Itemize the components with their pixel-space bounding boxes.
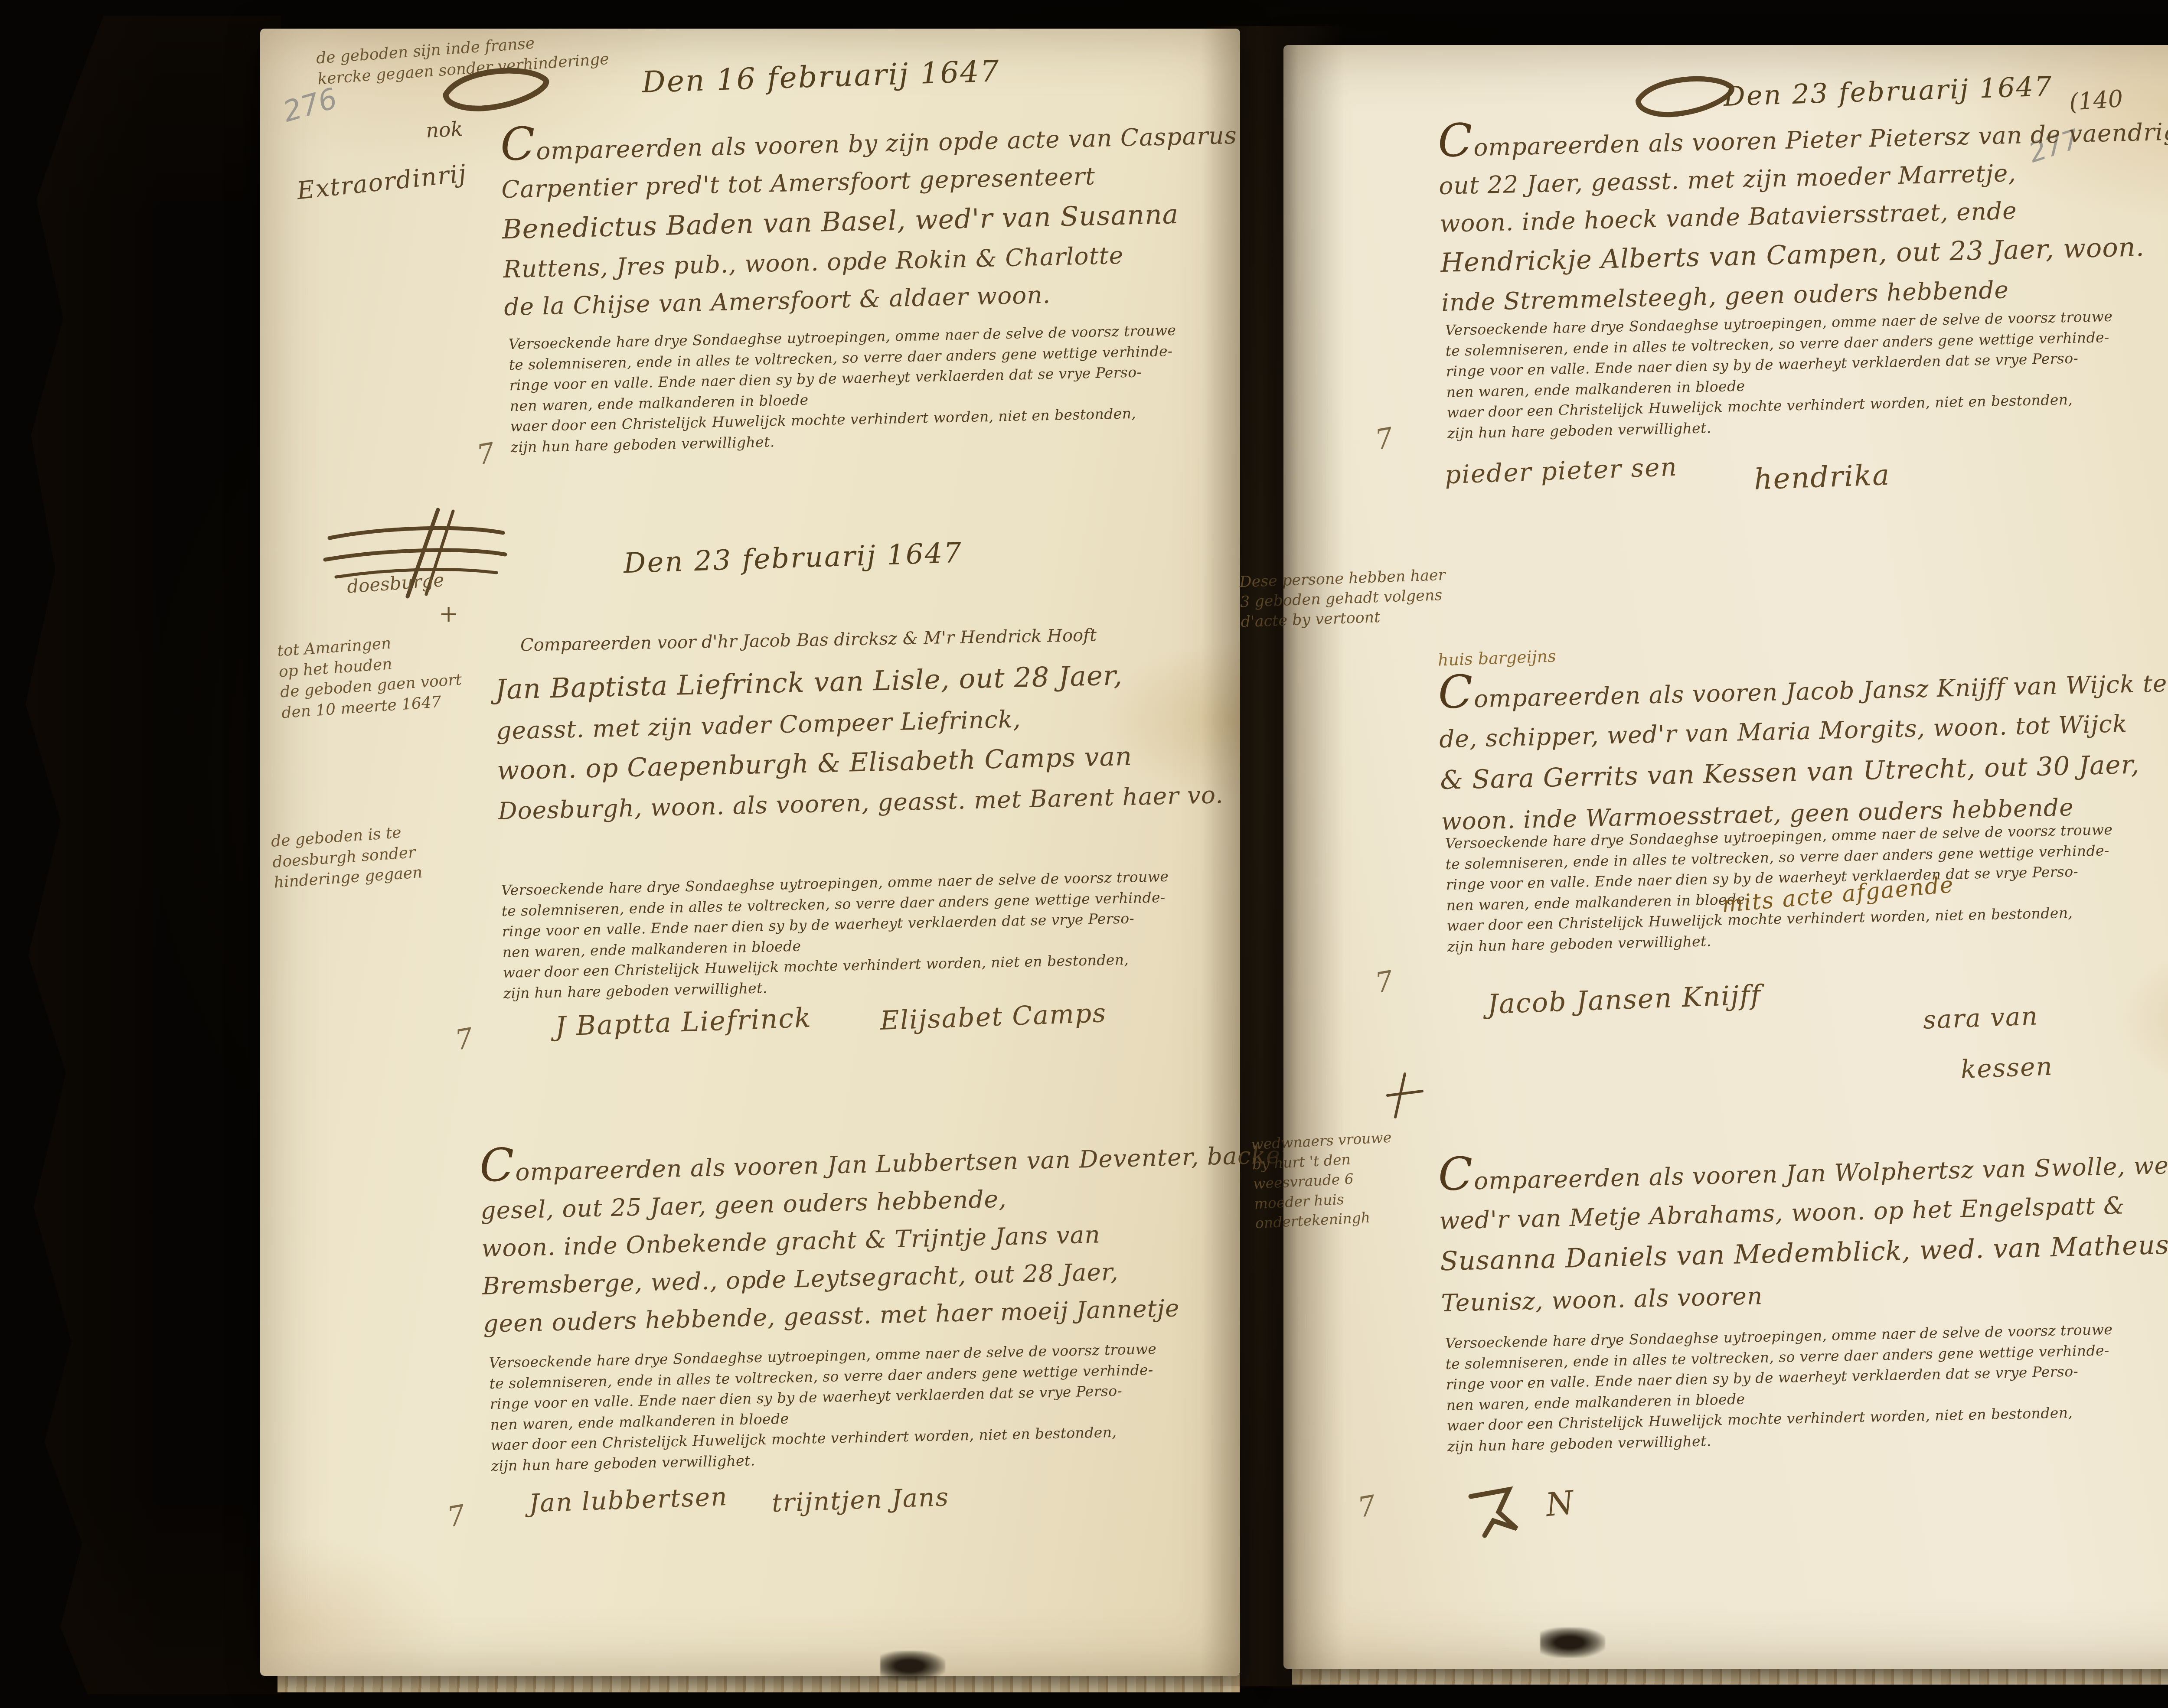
left-bottom-deckle [278, 1674, 1240, 1692]
manuscript-photo: de geboden sijn inde franse kercke gegae… [0, 0, 2168, 1708]
entry-intro: Jan Baptista Liefrinck van Lisle, out 28… [495, 651, 1224, 831]
margin-label-extraordinary: Extraordinrij [296, 160, 468, 205]
seven-flourish-mark: 7 [474, 437, 497, 472]
signature: Elijsabet Camps [880, 998, 1107, 1036]
entry-intro: Compareerden als vooren Jan Lubbertsen v… [479, 1131, 1317, 1343]
entry-intro: Compareerden als vooren by zijn opde act… [500, 112, 1241, 326]
page-header-date: Den 23 februarij 1647 [1723, 70, 2054, 112]
ink-blot [1540, 1627, 1605, 1658]
left-page-edges-shadow [12, 16, 281, 1694]
margin-note-block: Dese persone hebben haer 3 geboden gehad… [1239, 565, 1447, 632]
entry-intro: Compareerden als vooren Pieter Pietersz … [1437, 108, 2168, 322]
page-header-date: Den 23 februarij 1647 [623, 537, 963, 580]
seven-flourish-mark: 7 [1355, 1490, 1378, 1524]
banns-formula: Versoeckende hare drye Sondaeghse uytroe… [489, 1339, 1159, 1476]
signature: Jacob Jansen Knijff [1487, 979, 1762, 1020]
crosshatch-mark [1379, 1072, 1431, 1119]
plus-mark: + [439, 600, 458, 627]
margin-note-block: de geboden is te doesburgh sonder hinder… [270, 821, 423, 893]
signature: pieder pieter sen [1444, 452, 1678, 490]
right-bottom-deckle [1292, 1667, 2168, 1685]
banns-formula: Versoeckende hare drye Sondaeghse uytroe… [1445, 1319, 2115, 1457]
seven-flourish-mark: 7 [445, 1499, 468, 1534]
mark-monogram [1466, 1484, 1531, 1545]
signature: J Baptta Liefrinck [555, 1002, 812, 1043]
seven-flourish-mark: 7 [1373, 965, 1396, 1000]
signature: kessen [1960, 1051, 2054, 1084]
banns-formula: Versoeckende hare drye Sondaeghse uytroe… [501, 866, 1171, 1004]
entry-intro: Compareerden als vooren Jacob Jansz Knij… [1438, 658, 2168, 842]
seven-flourish-mark: 7 [453, 1022, 476, 1057]
banns-formula: Versoeckende hare drye Sondaeghse uytroe… [508, 320, 1179, 457]
ink-annotation: nok [425, 117, 464, 142]
margin-note-block: wedwnaers vrouwe by hurt 't den weesvrau… [1251, 1128, 1396, 1233]
signature: trijntjen Jans [771, 1482, 950, 1518]
right-page: Den 23 februarij 1647 (140 277 Compareer… [1283, 45, 2168, 1669]
signature: hendrika [1753, 458, 1891, 496]
page-header-date: Den 16 februarij 1647 [641, 54, 1001, 100]
folio-number-pencil: 276 [279, 81, 341, 129]
banns-formula: Versoeckende hare drye Sondaeghse uytroe… [1445, 306, 2115, 443]
signature: Jan lubbertsen [529, 1482, 728, 1518]
left-page: de geboden sijn inde franse kercke gegae… [260, 29, 1240, 1676]
entry-commissioners-line: Compareerden voor d'hr Jacob Bas dircksz… [520, 625, 1097, 655]
entry-intro: Compareerden als vooren Jan Wolphertsz v… [1438, 1141, 2168, 1323]
seven-flourish-mark: 7 [1373, 422, 1396, 456]
mark-letter: N [1544, 1484, 1576, 1524]
margin-note-block: tot Amaringen op het houden de geboden g… [277, 629, 464, 724]
signature: sara van [1923, 1001, 2039, 1034]
ink-blot [880, 1651, 945, 1681]
